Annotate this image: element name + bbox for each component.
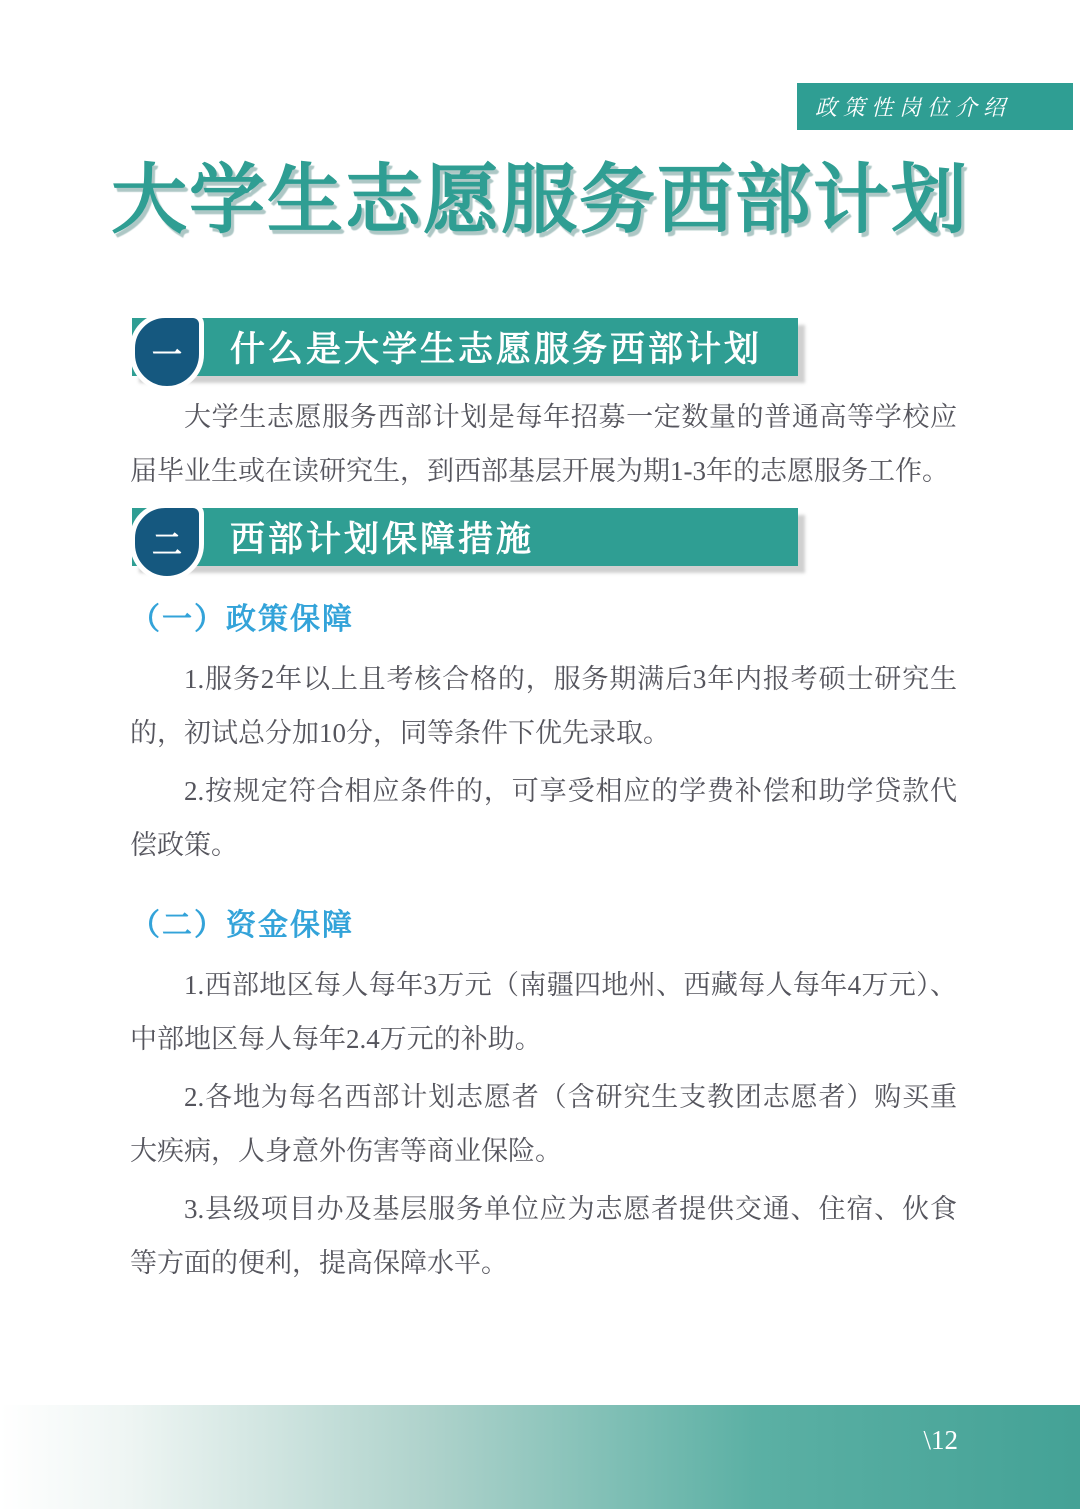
section-1-header: 一 什么是大学生志愿服务西部计划 bbox=[132, 318, 798, 376]
subsection-1-heading: （一）政策保障 bbox=[130, 594, 1080, 638]
page-title: 大学生志愿服务西部计划 bbox=[0, 150, 1080, 253]
section-1-heading: 什么是大学生志愿服务西部计划 bbox=[132, 322, 762, 372]
subsection-2-heading: （二）资金保障 bbox=[130, 900, 1080, 944]
funding-item-1: 1.西部地区每人每年3万元（南疆四地州、西藏每人每年4万元）、中部地区每人每年2… bbox=[130, 958, 957, 1066]
page-number: \12 bbox=[923, 1425, 958, 1456]
document-page: 政策性岗位介绍 大学生志愿服务西部计划 一 什么是大学生志愿服务西部计划 大学生… bbox=[0, 0, 1080, 1509]
funding-item-3: 3.县级项目办及基层服务单位应为志愿者提供交通、住宿、伙食等方面的便利，提高保障… bbox=[130, 1182, 957, 1290]
section-2-number-badge: 二 bbox=[130, 503, 204, 581]
footer-band: \12 bbox=[0, 1405, 1080, 1509]
policy-item-1: 1.服务2年以上且考核合格的，服务期满后3年内报考硕士研究生的，初试总分加10分… bbox=[130, 652, 957, 760]
section-1-body-paragraph: 大学生志愿服务西部计划是每年招募一定数量的普通高等学校应届毕业生或在读研究生，到… bbox=[130, 390, 957, 498]
section-2-header: 二 西部计划保障措施 bbox=[132, 508, 798, 566]
section-1-number-badge: 一 bbox=[130, 313, 204, 391]
policy-item-2: 2.按规定符合相应条件的，可享受相应的学费补偿和助学贷款代偿政策。 bbox=[130, 764, 957, 872]
page-corner-tag: 政策性岗位介绍 bbox=[797, 83, 1073, 130]
funding-item-2: 2.各地为每名西部计划志愿者（含研究生支教团志愿者）购买重大疾病，人身意外伤害等… bbox=[130, 1070, 957, 1178]
